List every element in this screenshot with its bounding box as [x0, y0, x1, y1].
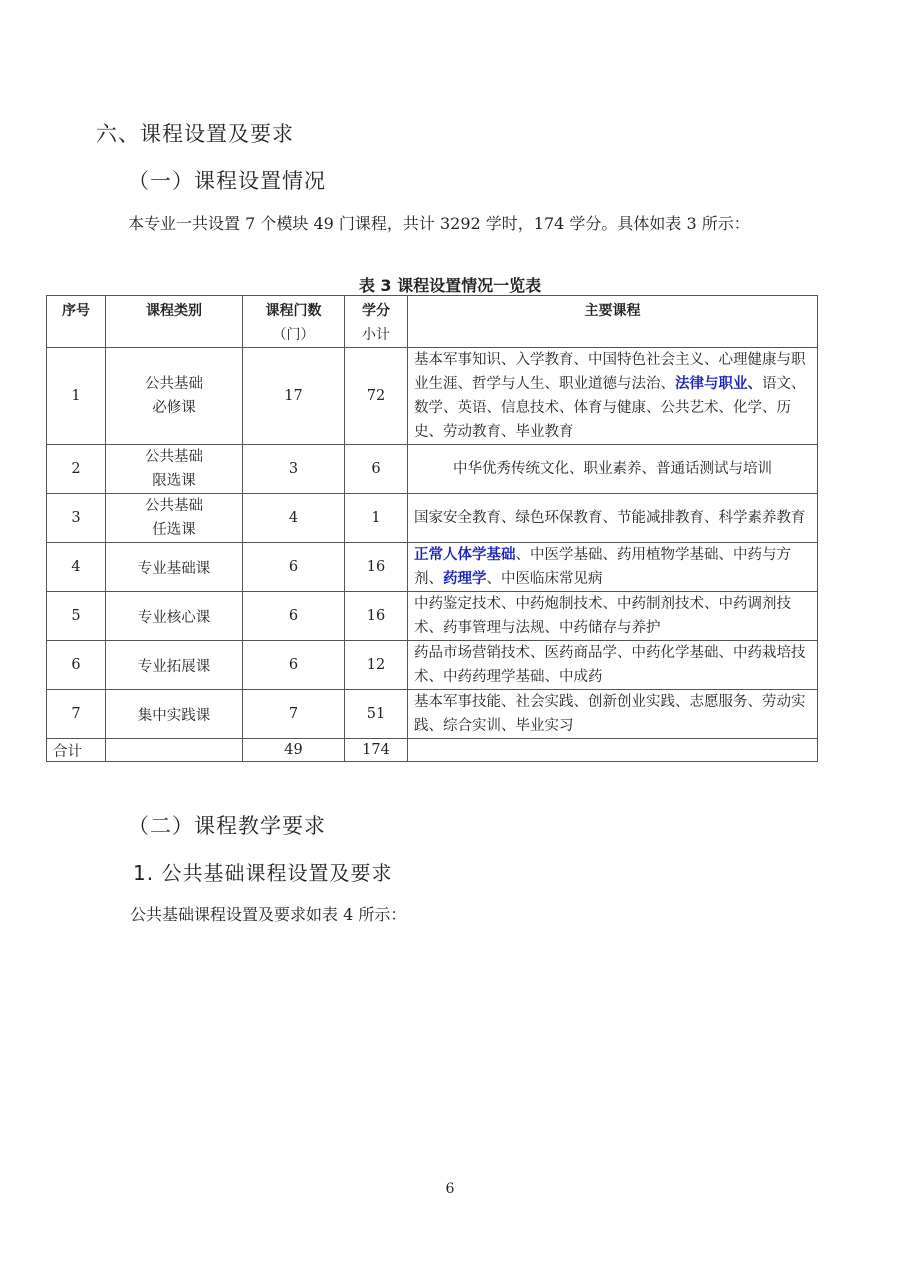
cell-count: 6 — [243, 543, 345, 592]
main-highlight: 正常人体学基础 — [414, 547, 516, 563]
intro-paragraph: 本专业一共设置 7 个模块 49 门课程，共计 3292 学时，174 学分。具… — [96, 206, 776, 242]
section-heading: 六、课程设置及要求 — [96, 118, 294, 148]
category-line1: 公共基础 — [112, 372, 236, 396]
category-line2: 限选课 — [112, 469, 236, 493]
cell-no: 4 — [47, 543, 106, 592]
subheading-course-setup: （一）课程设置情况 — [128, 165, 326, 195]
cell-credits: 51 — [345, 690, 408, 739]
table-row: 5 专业核心课 6 16 中药鉴定技术、中药炮制技术、中药制剂技术、中药调剂技术… — [47, 592, 818, 641]
total-count: 49 — [243, 739, 345, 762]
table-header-row: 序号 课程类别 课程门数（门） 学分小计 主要课程 — [47, 296, 818, 348]
header-credits-line2: 小计 — [362, 327, 390, 343]
main-text: 、中医临床常见病 — [487, 571, 603, 587]
main-highlight: 药理学 — [443, 571, 487, 587]
header-count-line1: 课程门数 — [266, 303, 322, 319]
category-line2: 任选课 — [112, 518, 236, 542]
header-no: 序号 — [47, 296, 106, 348]
cell-count: 6 — [243, 592, 345, 641]
cell-main-courses: 药品市场营销技术、医药商品学、中药化学基础、中药栽培技术、中药药理学基础、中成药 — [408, 641, 818, 690]
table-row: 1 公共基础必修课 17 72 基本军事知识、入学教育、中国特色社会主义、心理健… — [47, 348, 818, 445]
cell-main-empty — [408, 739, 818, 762]
header-credits: 学分小计 — [345, 296, 408, 348]
cell-main-courses: 基本军事技能、社会实践、创新创业实践、志愿服务、劳动实践、综合实训、毕业实习 — [408, 690, 818, 739]
table-row: 2 公共基础限选课 3 6 中华优秀传统文化、职业素养、普通话测试与培训 — [47, 445, 818, 494]
cell-count: 6 — [243, 641, 345, 690]
cell-main-courses: 中药鉴定技术、中药炮制技术、中药制剂技术、中药调剂技术、药事管理与法规、中药储存… — [408, 592, 818, 641]
subheading-teaching-requirements: （二）课程教学要求 — [128, 810, 326, 840]
table-row: 3 公共基础任选课 4 1 国家安全教育、绿色环保教育、节能减排教育、科学素养教… — [47, 494, 818, 543]
cell-category: 公共基础任选课 — [106, 494, 243, 543]
category-line1: 公共基础 — [112, 494, 236, 518]
table-row: 4 专业基础课 6 16 正常人体学基础、中医学基础、药用植物学基础、中药与方剂… — [47, 543, 818, 592]
cell-category: 公共基础必修课 — [106, 348, 243, 445]
course-table: 序号 课程类别 课程门数（门） 学分小计 主要课程 1 公共基础必修课 17 7… — [46, 295, 818, 762]
total-credits: 174 — [345, 739, 408, 762]
table-total-row: 合计 49 174 — [47, 739, 818, 762]
category-line1: 公共基础 — [112, 445, 236, 469]
cell-category: 集中实践课 — [106, 690, 243, 739]
cell-main-courses: 中华优秀传统文化、职业素养、普通话测试与培训 — [408, 445, 818, 494]
header-main: 主要课程 — [408, 296, 818, 348]
cell-count: 4 — [243, 494, 345, 543]
header-count-line2: （门） — [273, 327, 315, 343]
cell-no: 1 — [47, 348, 106, 445]
category-line2: 必修课 — [112, 396, 236, 420]
cell-no: 3 — [47, 494, 106, 543]
cell-no: 6 — [47, 641, 106, 690]
cell-category: 专业核心课 — [106, 592, 243, 641]
cell-credits: 1 — [345, 494, 408, 543]
cell-credits: 72 — [345, 348, 408, 445]
cell-count: 7 — [243, 690, 345, 739]
cell-credits: 6 — [345, 445, 408, 494]
main-highlight: 法律与职业、 — [675, 376, 762, 392]
cell-category: 专业基础课 — [106, 543, 243, 592]
table-caption: 表 3 课程设置情况一览表 — [0, 273, 900, 296]
header-credits-line1: 学分 — [362, 303, 390, 319]
cell-no: 7 — [47, 690, 106, 739]
table-row: 6 专业拓展课 6 12 药品市场营销技术、医药商品学、中药化学基础、中药栽培技… — [47, 641, 818, 690]
cell-credits: 16 — [345, 543, 408, 592]
subheading-public-basic-courses: 1. 公共基础课程设置及要求 — [133, 857, 392, 886]
header-count: 课程门数（门） — [243, 296, 345, 348]
cell-no: 5 — [47, 592, 106, 641]
cell-category: 公共基础限选课 — [106, 445, 243, 494]
cell-category-empty — [106, 739, 243, 762]
table-row: 7 集中实践课 7 51 基本军事技能、社会实践、创新创业实践、志愿服务、劳动实… — [47, 690, 818, 739]
cell-credits: 12 — [345, 641, 408, 690]
cell-count: 3 — [243, 445, 345, 494]
public-basic-paragraph: 公共基础课程设置及要求如表 4 所示： — [130, 902, 406, 925]
header-category: 课程类别 — [106, 296, 243, 348]
cell-main-courses: 基本军事知识、入学教育、中国特色社会主义、心理健康与职业生涯、哲学与人生、职业道… — [408, 348, 818, 445]
cell-credits: 16 — [345, 592, 408, 641]
cell-no: 2 — [47, 445, 106, 494]
cell-count: 17 — [243, 348, 345, 445]
cell-category: 专业拓展课 — [106, 641, 243, 690]
page-number: 6 — [0, 1181, 900, 1197]
cell-main-courses: 国家安全教育、绿色环保教育、节能减排教育、科学素养教育 — [408, 494, 818, 543]
cell-main-courses: 正常人体学基础、中医学基础、药用植物学基础、中药与方剂、药理学、中医临床常见病 — [408, 543, 818, 592]
total-label: 合计 — [47, 739, 106, 762]
